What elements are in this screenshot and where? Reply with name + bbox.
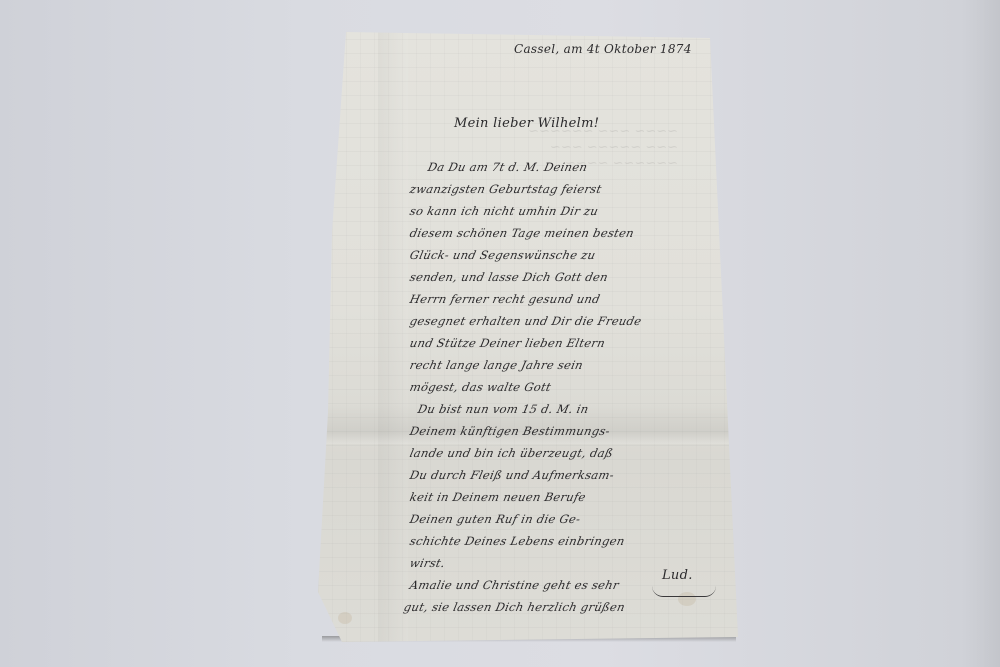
ink-show-through: ~~~~ ~~~ ~~~~~~~~~ ~~~~~ ~~~~~~~~~ ~~~~ [438,124,678,184]
signature-flourish [652,586,716,597]
letter-line: zwanzigsten Geburtstag feierst [409,182,603,196]
letter-line: keit in Deinem neuen Berufe [409,490,588,504]
letter-salutation: Mein lieber Wilhelm! [454,116,599,131]
letter-line: wirst. [409,556,447,570]
background-fold-shadow [960,0,1000,667]
letter-line: so kann ich nicht umhin Dir zu [409,204,600,218]
letter-line: lande und bin ich überzeugt, daß [409,446,615,460]
letter-line: recht lange lange Jahre sein [409,358,585,372]
letter-line: und Stütze Deiner lieben Eltern [409,336,607,350]
letter-line: Deinem künftigen Bestimmungs- [409,424,612,438]
vertical-fold-crease [378,32,408,642]
letter-line: senden, und lasse Dich Gott den [409,270,610,284]
letter-line: Du durch Fleiß und Aufmerksam- [409,468,616,482]
letter-line: Du bist nun vom 15 d. M. in [417,402,591,416]
paper-stain [338,612,352,624]
letter-line: diesem schönen Tage meinen besten [409,226,636,240]
letter-line: gut, sie lassen Dich herzlich grüßen [403,600,627,614]
letter-sheet: ~~~~ ~~~ ~~~~~~~~~ ~~~~~ ~~~~~~~~~ ~~~~ … [318,32,738,642]
letter-line: schichte Deines Lebens einbringen [409,534,627,548]
letter-line: Glück- und Segenswünsche zu [409,248,597,262]
letter-line: Da Du am 7t d. M. Deinen [427,160,589,174]
letter-line: Amalie und Christine geht es sehr [409,578,621,592]
letter-dateline: Cassel, am 4t Oktober 1874 [514,42,692,56]
letter-signature: Lud. [662,568,693,583]
letter-line: Herrn ferner recht gesund und [409,292,602,306]
letter-line: gesegnet erhalten und Dir die Freude [409,314,643,328]
letter-line: mögest, das walte Gott [409,380,553,394]
letter-line: Deinen guten Ruf in die Ge- [409,512,582,526]
